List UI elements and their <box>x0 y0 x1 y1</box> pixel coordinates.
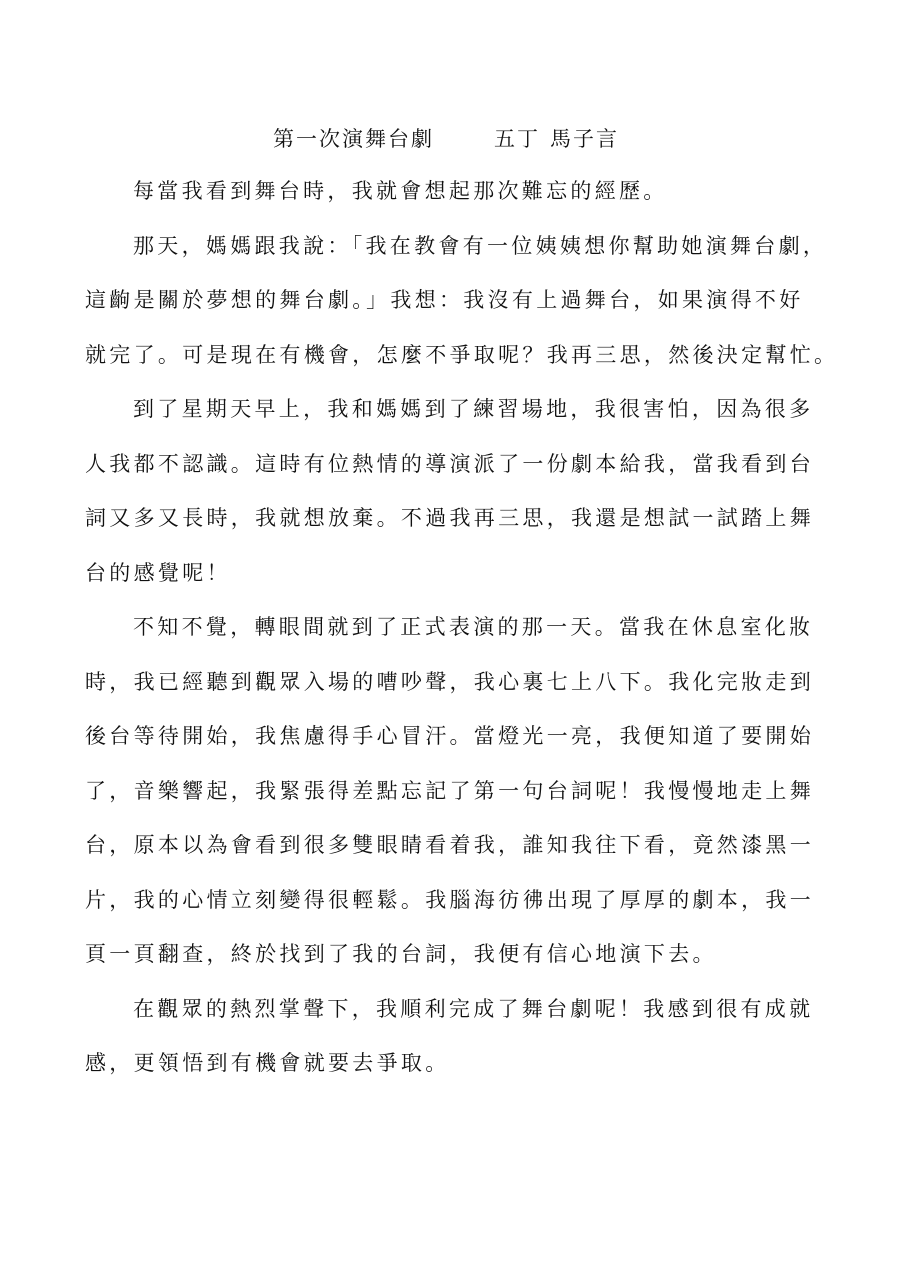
title-row: 第一次演舞台劇 五丁 馬子言 <box>273 121 619 155</box>
paragraph-4-line-1: 不知不覺，轉眼間就到了正式表演的那一天。當我在休息室化妝 <box>85 610 825 665</box>
paragraph-3-line-1: 到了星期天早上，我和媽媽到了練習場地，我很害怕，因為很多 <box>85 392 825 447</box>
author-name: 馬子言 <box>550 123 619 153</box>
paragraph-4-line-6: 片，我的心情立刻變得很輕鬆。我腦海彷彿出現了厚厚的劇本，我一 <box>85 883 825 938</box>
paragraph-3-line-2: 人我都不認識。這時有位熱情的導演派了一份劇本給我，當我看到台 <box>85 447 825 502</box>
paragraph-1-line-1: 每當我看到舞台時，我就會想起那次難忘的經歷。 <box>85 174 825 229</box>
paragraph-4-line-7: 頁一頁翻查，終於找到了我的台詞，我便有信心地演下去。 <box>85 937 825 992</box>
essay-body: 每當我看到舞台時，我就會想起那次難忘的經歷。 那天，媽媽跟我說：「我在教會有一位… <box>85 174 825 1101</box>
author-class: 五丁 <box>494 123 540 153</box>
paragraph-4-line-4: 了，音樂響起，我緊張得差點忘記了第一句台詞呢！我慢慢地走上舞 <box>85 774 825 829</box>
paragraph-4-line-2: 時，我已經聽到觀眾入場的嘈吵聲，我心裏七上八下。我化完妝走到 <box>85 665 825 720</box>
paragraph-2-line-1: 那天，媽媽跟我說：「我在教會有一位姨姨想你幫助她演舞台劇， <box>85 229 825 284</box>
paragraph-4-line-3: 後台等待開始，我焦慮得手心冒汗。當燈光一亮，我便知道了要開始 <box>85 719 825 774</box>
paragraph-3-line-3: 詞又多又長時，我就想放棄。不過我再三思，我還是想試一試踏上舞 <box>85 501 825 556</box>
paragraph-2-line-2: 這齣是關於夢想的舞台劇。」我想：我沒有上過舞台，如果演得不好 <box>85 283 825 338</box>
paragraph-4-line-5: 台，原本以為會看到很多雙眼睛看着我，誰知我往下看，竟然漆黑一 <box>85 828 825 883</box>
essay-title: 第一次演舞台劇 <box>273 123 434 153</box>
paragraph-2-line-3: 就完了。可是現在有機會，怎麼不爭取呢？我再三思，然後決定幫忙。 <box>85 338 825 393</box>
document-page: 第一次演舞台劇 五丁 馬子言 每當我看到舞台時，我就會想起那次難忘的經歷。 那天… <box>0 0 905 1280</box>
paragraph-3-line-4: 台的感覺呢！ <box>85 556 825 611</box>
paragraph-5-line-2: 感，更領悟到有機會就要去爭取。 <box>85 1046 825 1101</box>
paragraph-5-line-1: 在觀眾的熱烈掌聲下，我順利完成了舞台劇呢！我感到很有成就 <box>85 992 825 1047</box>
